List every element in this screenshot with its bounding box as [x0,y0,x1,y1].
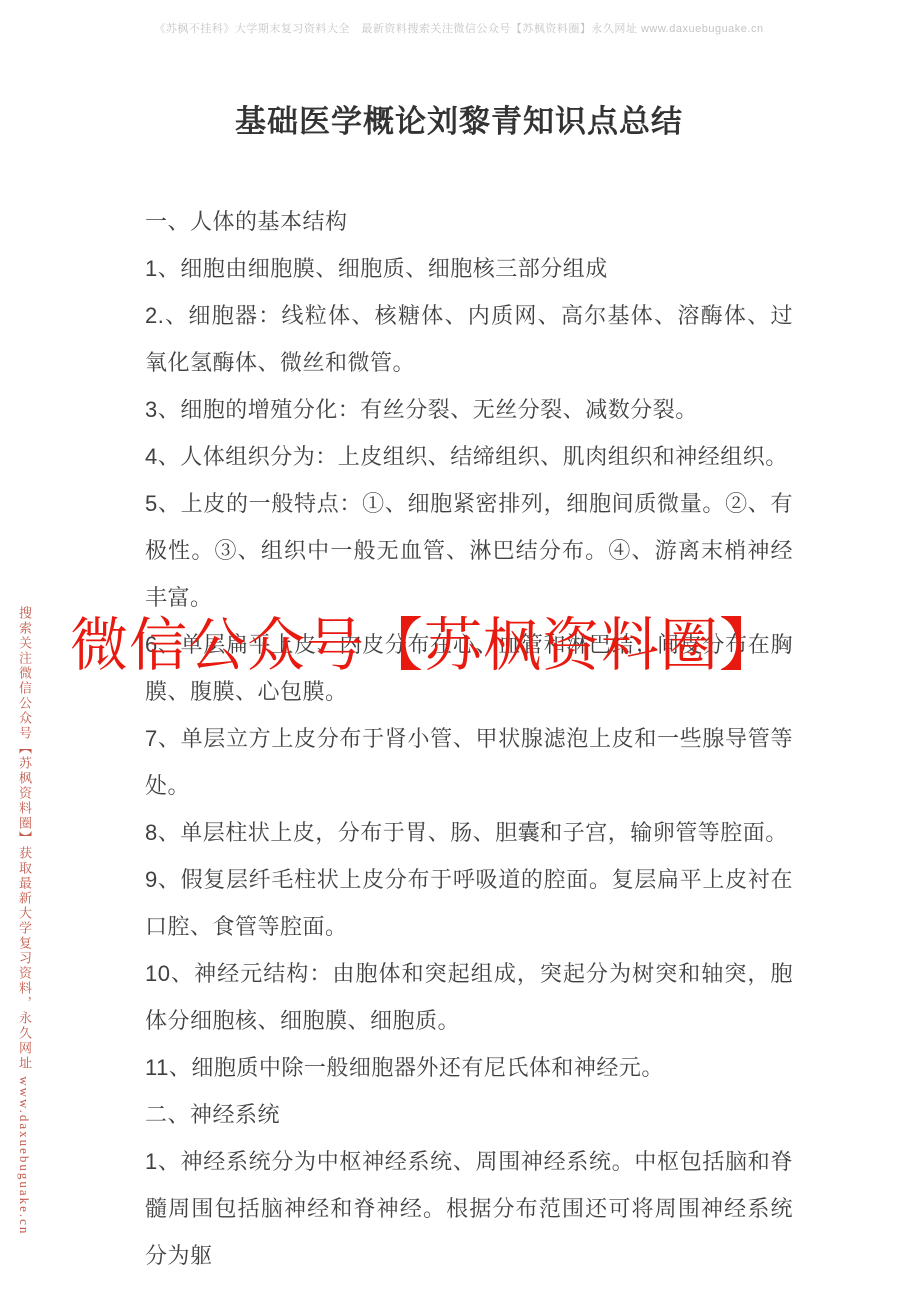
paragraph: 2.、细胞器：线粒体、核糖体、内质网、高尔基体、溶酶体、过氧化氢酶体、微丝和微管… [145,292,793,386]
paragraph: 一、人体的基本结构 [145,198,793,245]
paragraph: 4、人体组织分为：上皮组织、结缔组织、肌肉组织和神经组织。 [145,433,793,480]
watermark-vertical: 搜索关注微信公众号【苏枫资料圈】获取最新大学复习资料，永久网址 www.daxu… [15,606,34,1206]
paragraph: 9、假复层纤毛柱状上皮分布于呼吸道的腔面。复层扁平上皮衬在口腔、食管等腔面。 [145,856,793,950]
document-title: 基础医学概论刘黎青知识点总结 [0,96,918,141]
paragraph: 5、上皮的一般特点：①、细胞紧密排列，细胞间质微量。②、有极性。③、组织中一般无… [145,480,793,621]
paragraph: 10、神经元结构：由胞体和突起组成，突起分为树突和轴突，胞体分细胞核、细胞膜、细… [145,950,793,1044]
paragraph: 3、细胞的增殖分化：有丝分裂、无丝分裂、减数分裂。 [145,386,793,433]
paragraph: 二、神经系统 [145,1091,793,1138]
paragraph: 7、单层立方上皮分布于肾小管、甲状腺滤泡上皮和一些腺导管等处。 [145,715,793,809]
document-page: { "page": { "header_note": "《苏枫不挂科》大学期末复… [0,0,918,1298]
paragraph: 8、单层柱状上皮，分布于胃、肠、胆囊和子宫，输卵管等腔面。 [145,809,793,856]
paragraph: 6、单层扁平上皮、内皮分布在心、血管和淋巴结；间皮分布在胸膜、腹膜、心包膜。 [145,621,793,715]
paragraph: 1、细胞由细胞膜、细胞质、细胞核三部分组成 [145,245,793,292]
paragraph: 1、神经系统分为中枢神经系统、周围神经系统。中枢包括脑和脊髓周围包括脑神经和脊神… [145,1138,793,1279]
paragraph: 11、细胞质中除一般细胞器外还有尼氏体和神经元。 [145,1044,793,1091]
document-body: 一、人体的基本结构1、细胞由细胞膜、细胞质、细胞核三部分组成2.、细胞器：线粒体… [145,198,793,1279]
page-header-note: 《苏枫不挂科》大学期末复习资料大全 最新资料搜索关注微信公众号【苏枫资料圈】永久… [0,20,918,36]
